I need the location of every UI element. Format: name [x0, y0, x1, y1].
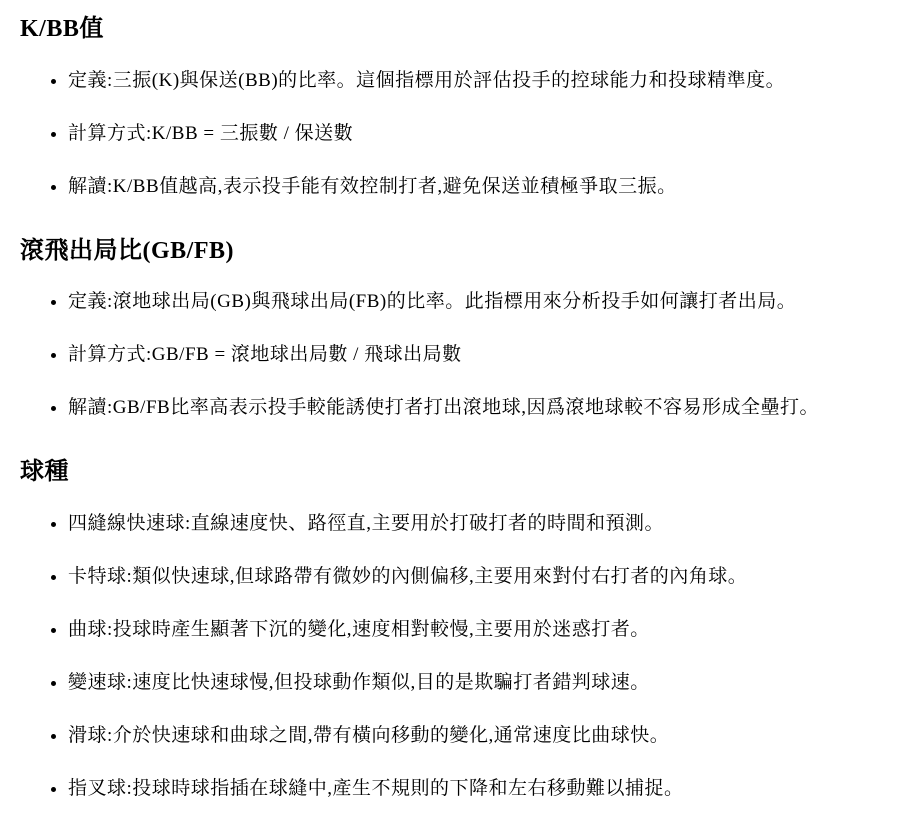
bullet-item: 計算方式:K/BB = 三振數 / 保送數 [68, 122, 897, 145]
section-pitch-types: 球種 四縫線快速球:直線速度快、路徑直,主要用於打破打者的時間和預測。 卡特球:… [20, 459, 897, 800]
bullet-list: 四縫線快速球:直線速度快、路徑直,主要用於打破打者的時間和預測。 卡特球:類似快… [20, 512, 897, 800]
bullet-item: 計算方式:GB/FB = 滾地球出局數 / 飛球出局數 [68, 343, 897, 366]
section-gbfb: 滾飛出局比(GB/FB) 定義:滾地球出局(GB)與飛球出局(FB)的比率。此指… [20, 238, 897, 420]
section-kbb: K/BB值 定義:三振(K)與保送(BB)的比率。這個指標用於評估投手的控球能力… [20, 16, 897, 198]
bullet-item: 曲球:投球時產生顯著下沉的變化,速度相對較慢,主要用於迷惑打者。 [68, 618, 897, 641]
section-heading: 滾飛出局比(GB/FB) [20, 238, 897, 266]
bullet-list: 定義:三振(K)與保送(BB)的比率。這個指標用於評估投手的控球能力和投球精準度… [20, 69, 897, 198]
bullet-item: 解讀:K/BB值越高,表示投手能有效控制打者,避免保送並積極爭取三振。 [68, 175, 897, 198]
bullet-item: 卡特球:類似快速球,但球路帶有微妙的內側偏移,主要用來對付右打者的內角球。 [68, 565, 897, 588]
bullet-list: 定義:滾地球出局(GB)與飛球出局(FB)的比率。此指標用來分析投手如何讓打者出… [20, 290, 897, 419]
bullet-item: 定義:滾地球出局(GB)與飛球出局(FB)的比率。此指標用來分析投手如何讓打者出… [68, 290, 897, 313]
bullet-item: 四縫線快速球:直線速度快、路徑直,主要用於打破打者的時間和預測。 [68, 512, 897, 535]
bullet-item: 解讀:GB/FB比率高表示投手較能誘使打者打出滾地球,因爲滾地球較不容易形成全壘… [68, 396, 897, 419]
bullet-item: 定義:三振(K)與保送(BB)的比率。這個指標用於評估投手的控球能力和投球精準度… [68, 69, 897, 92]
bullet-item: 指叉球:投球時球指插在球縫中,產生不規則的下降和左右移動難以捕捉。 [68, 777, 897, 800]
document-page: K/BB值 定義:三振(K)與保送(BB)的比率。這個指標用於評估投手的控球能力… [0, 0, 907, 820]
section-heading: K/BB值 [20, 16, 897, 44]
section-heading: 球種 [20, 459, 897, 487]
bullet-item: 變速球:速度比快速球慢,但投球動作類似,目的是欺騙打者錯判球速。 [68, 671, 897, 694]
bullet-item: 滑球:介於快速球和曲球之間,帶有橫向移動的變化,通常速度比曲球快。 [68, 724, 897, 747]
